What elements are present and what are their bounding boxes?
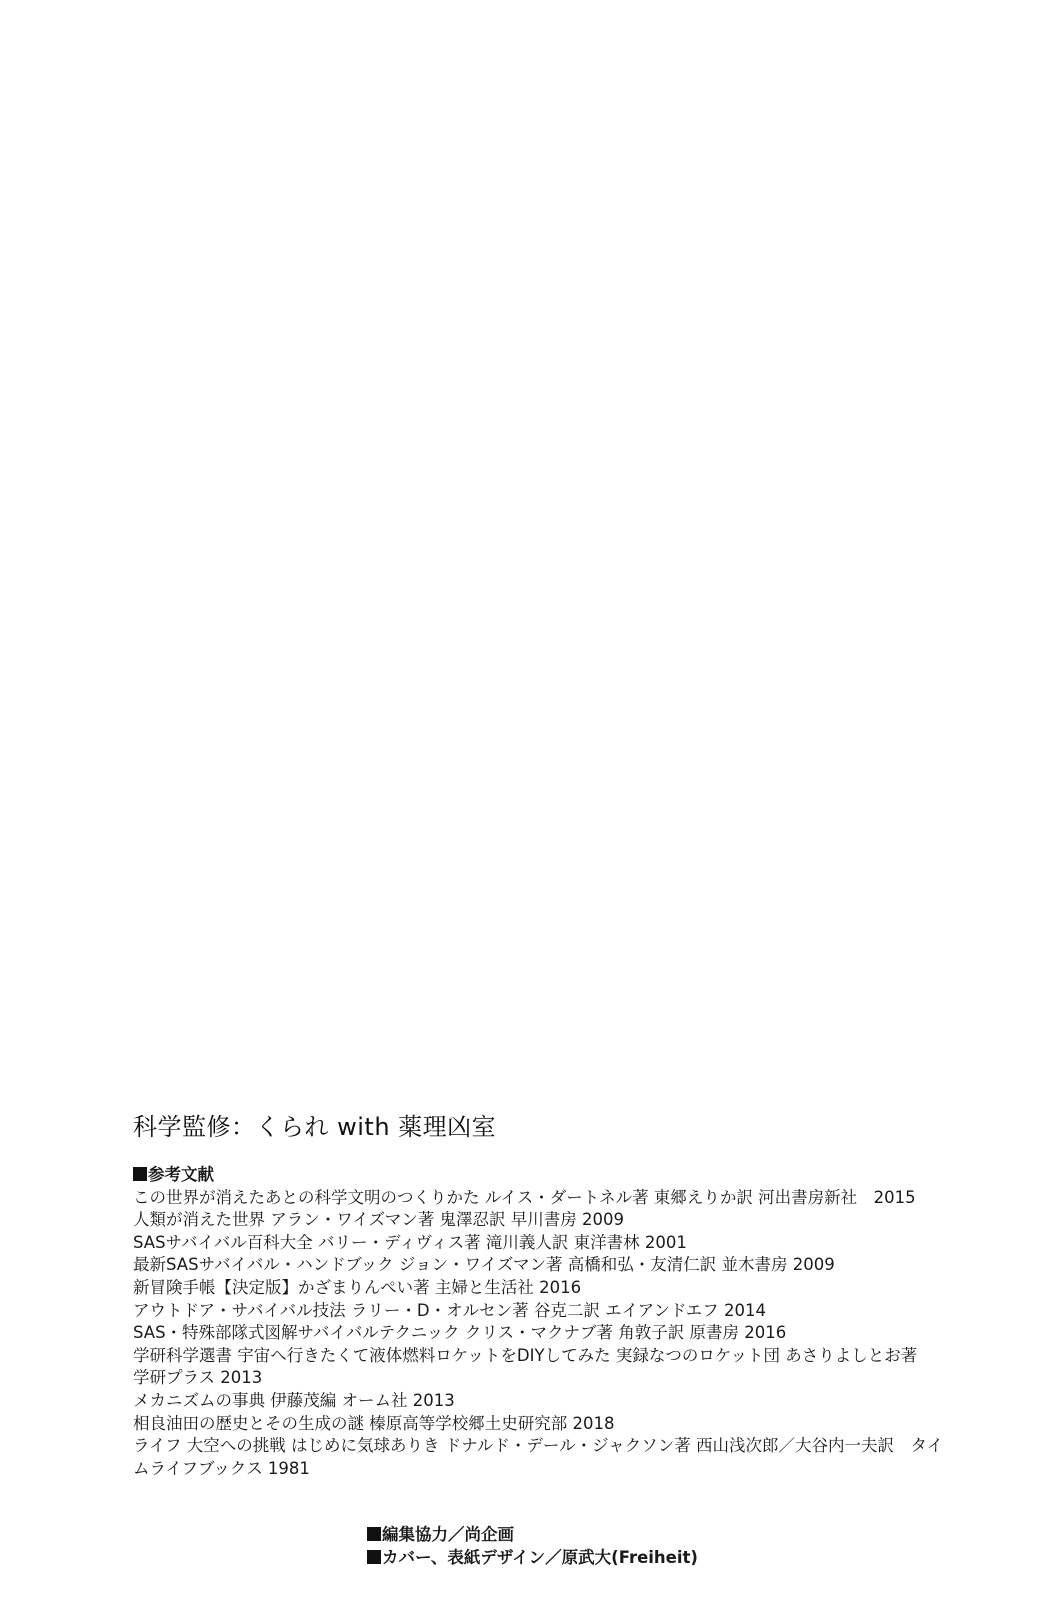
reference-line: メカニズムの事典 伊藤茂編 オーム社 2013 (133, 1390, 933, 1413)
reference-line: SASサバイバル百科大全 バリー・ディヴィス著 滝川義人訳 東洋書林 2001 (133, 1232, 933, 1255)
reference-line: 相良油田の歴史とその生成の謎 榛原高等学校郷土史研究部 2018 (133, 1413, 933, 1436)
credits-section: 編集協力／尚企画 カバー、表紙デザイン／原武大(Freiheit) (367, 1524, 698, 1569)
black-square-bullet-icon (367, 1550, 381, 1564)
reference-line: 最新SASサバイバル・ハンドブック ジョン・ワイズマン著 高橋和弘・友清仁訳 並… (133, 1254, 933, 1277)
cover-design-credit: カバー、表紙デザイン／原武大(Freiheit) (367, 1547, 698, 1570)
reference-line: 学研科学選書 宇宙へ行きたくて液体燃料ロケットをDIYしてみた 実録なつのロケッ… (133, 1345, 933, 1368)
references-heading-text: 参考文献 (148, 1165, 214, 1184)
credit-text: 編集協力／尚企画 (382, 1525, 514, 1544)
reference-line: 新冒険手帳【決定版】かざまりんぺい著 主婦と生活社 2016 (133, 1277, 933, 1300)
reference-line: アウトドア・サバイバル技法 ラリー・D・オルセン著 谷克二訳 エイアンドエフ 2… (133, 1300, 933, 1323)
book-colophon-page: 科学監修：くられ with 薬理凶室 参考文献 この世界が消えたあとの科学文明の… (0, 0, 1039, 1618)
credit-text: カバー、表紙デザイン／原武大(Freiheit) (382, 1548, 698, 1567)
black-square-bullet-icon (367, 1527, 381, 1541)
reference-line: ムライフブックス 1981 (133, 1458, 933, 1481)
reference-line: SAS・特殊部隊式図解サバイバルテクニック クリス・マクナブ著 角敦子訳 原書房… (133, 1322, 933, 1345)
reference-line: この世界が消えたあとの科学文明のつくりかた ルイス・ダートネル著 東郷えりか訳 … (133, 1187, 933, 1210)
science-supervision-credit: 科学監修：くられ with 薬理凶室 (133, 1111, 496, 1143)
references-section: 参考文献 この世界が消えたあとの科学文明のつくりかた ルイス・ダートネル著 東郷… (133, 1164, 933, 1480)
editorial-cooperation-credit: 編集協力／尚企画 (367, 1524, 698, 1547)
references-heading: 参考文献 (133, 1164, 933, 1187)
black-square-bullet-icon (133, 1167, 147, 1181)
reference-line: ライフ 大空への挑戦 はじめに気球ありき ドナルド・デール・ジャクソン著 西山浅… (133, 1435, 933, 1458)
reference-line: 人類が消えた世界 アラン・ワイズマン著 鬼澤忍訳 早川書房 2009 (133, 1209, 933, 1232)
reference-line: 学研プラス 2013 (133, 1367, 933, 1390)
